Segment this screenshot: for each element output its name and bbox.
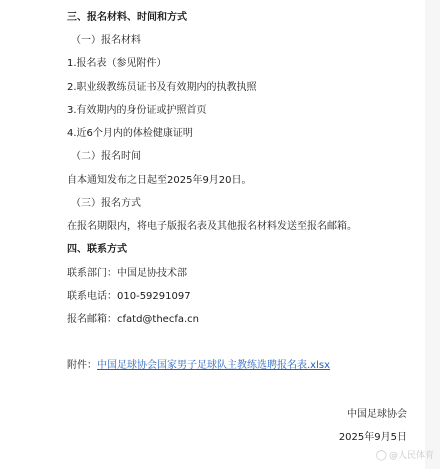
contact-dept: 联系部门：中国足协技术部 — [67, 268, 187, 280]
contact-dept-value: 中国足协技术部 — [117, 268, 187, 279]
watermark: ◯@人民体育 — [376, 448, 434, 461]
attachment: 附件：中国足球协会国家男子足球队主教练选聘报名表.xlsx — [67, 360, 330, 372]
sub-heading-method: （三）报名方式 — [71, 198, 141, 210]
contact-email: 报名邮箱：cfatd@thecfa.cn — [67, 314, 199, 326]
signature-org: 中国足球协会 — [347, 405, 407, 420]
time-text: 自本通知发布之日起至2025年9月20日。 — [67, 175, 252, 187]
attachment-link[interactable]: 中国足球协会国家男子足球队主教练选聘报名表.xlsx — [97, 360, 330, 371]
contact-email-value: cfatd@thecfa.cn — [117, 314, 199, 325]
material-item-4: 4.近6个月内的体检健康证明 — [67, 128, 193, 140]
contact-dept-label: 联系部门： — [67, 268, 117, 279]
sub-heading-time: （二）报名时间 — [71, 151, 141, 163]
right-edge-strip — [425, 0, 440, 469]
sub-heading-materials: （一）报名材料 — [71, 35, 141, 47]
section-3-heading: 三、报名材料、时间和方式 — [67, 12, 187, 24]
method-text: 在报名期限内，将电子版报名表及其他报名材料发送至报名邮箱。 — [67, 221, 357, 233]
material-item-3: 3.有效期内的身份证或护照首页 — [67, 105, 207, 117]
contact-email-label: 报名邮箱： — [67, 314, 117, 325]
contact-phone-value: 010-59291097 — [117, 291, 191, 302]
material-item-1: 1.报名表（参见附件） — [67, 58, 167, 70]
signature-date: 2025年9月5日 — [339, 428, 407, 443]
section-4-heading: 四、联系方式 — [67, 244, 127, 256]
contact-phone: 联系电话：010-59291097 — [67, 291, 191, 303]
attachment-label: 附件： — [67, 360, 97, 371]
material-item-2: 2.职业级教练员证书及有效期内的执教执照 — [67, 82, 257, 94]
contact-phone-label: 联系电话： — [67, 291, 117, 302]
watermark-text: @人民体育 — [389, 451, 434, 461]
weibo-icon: ◯ — [376, 450, 387, 461]
